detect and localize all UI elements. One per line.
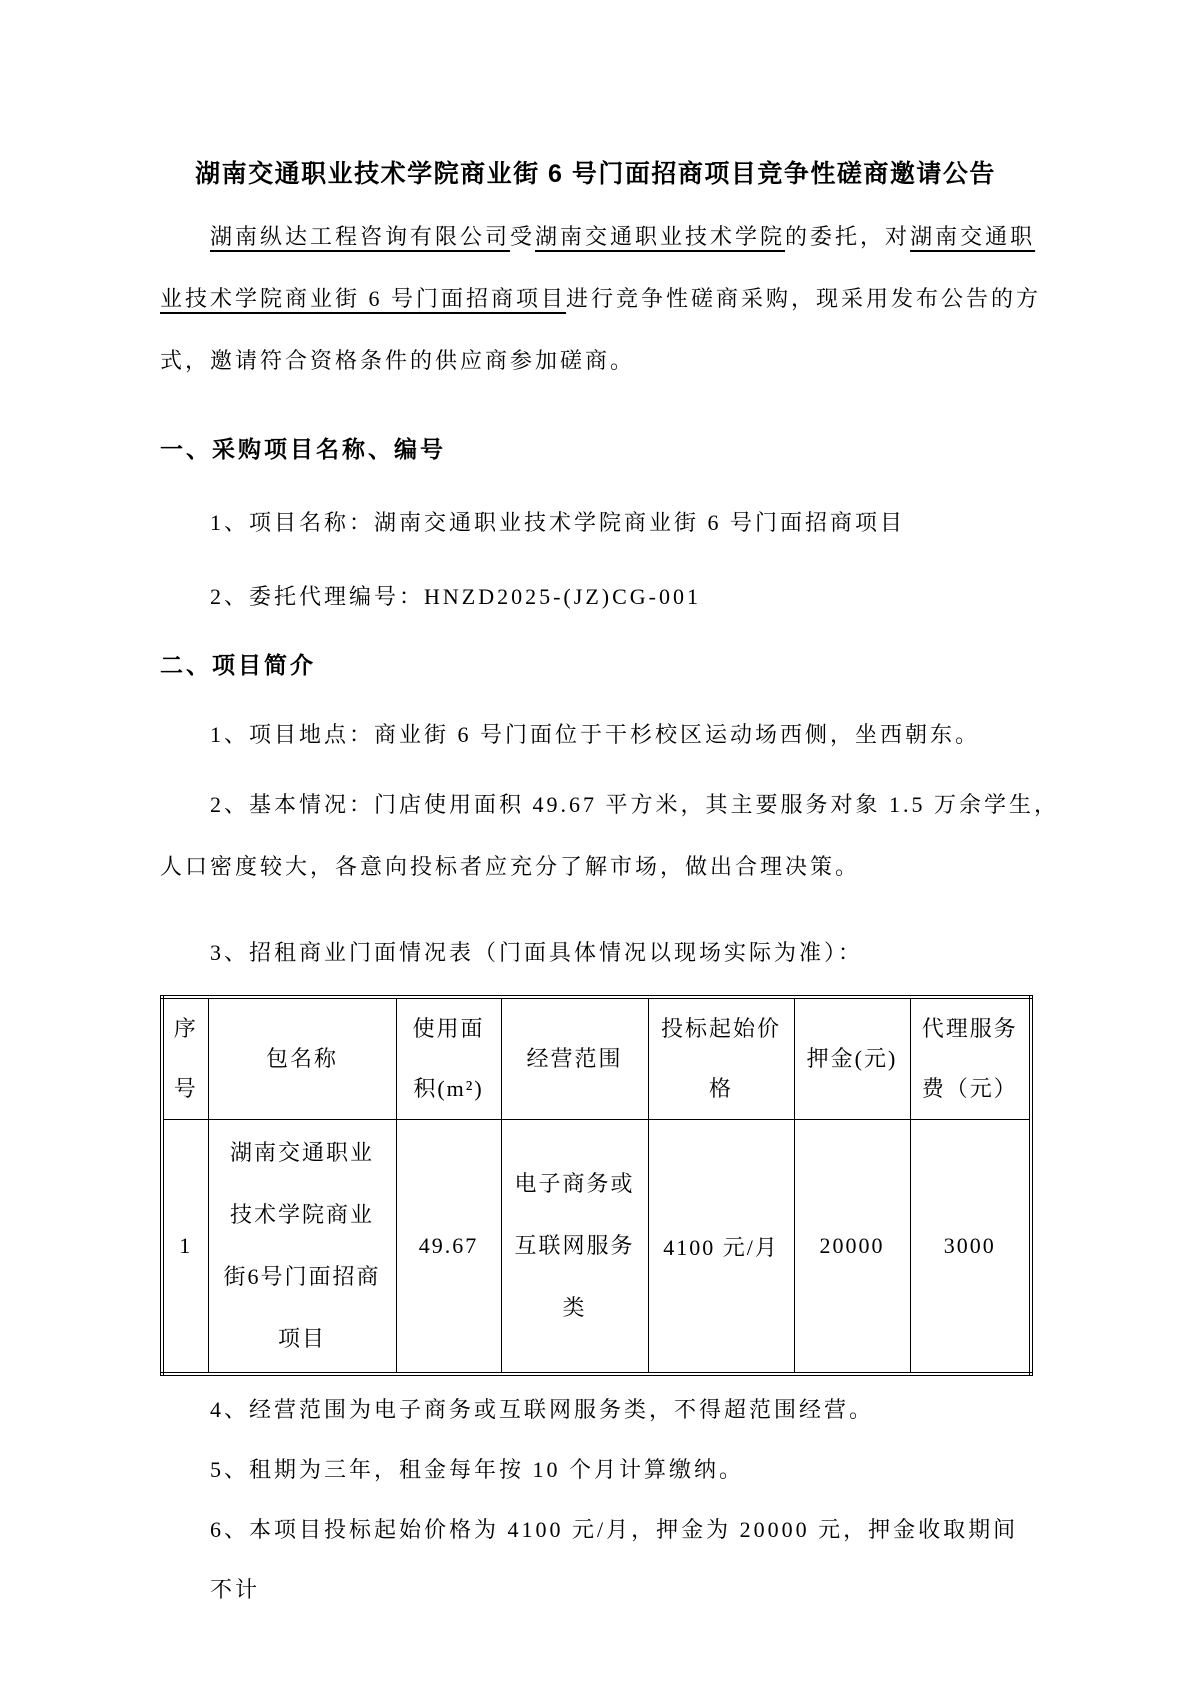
col-header-area: 使用面 积(m²) <box>396 997 501 1120</box>
cell-business-scope: 电子商务或 互联网服务 类 <box>501 1120 648 1375</box>
document-body: 湖南纵达工程咨询有限公司受湖南交通职业技术学院的委托，对湖南交通职 业技术学院商… <box>160 206 1032 1620</box>
note-lease-term: 5、租期为三年，租金每年按 10 个月计算缴纳。 <box>160 1440 1032 1500</box>
underlined-agency-name: 湖南纵达工程咨询有限公司 <box>210 224 510 249</box>
intro-text: 的委托，对 <box>785 224 910 249</box>
col-header-package-name: 包名称 <box>208 997 396 1120</box>
cell-deposit: 20000 <box>794 1120 910 1375</box>
cell-package-name: 湖南交通职业 技术学院商业 街6号门面招商 项目 <box>208 1120 396 1375</box>
intro-text: 式，邀请符合资格条件的供应商参加磋商。 <box>160 348 635 373</box>
cell-seq: 1 <box>162 1120 208 1375</box>
table-row: 1 湖南交通职业 技术学院商业 街6号门面招商 项目 49.67 电子商务或 互… <box>162 1120 1031 1375</box>
intro-line-1: 湖南纵达工程咨询有限公司受湖南交通职业技术学院的委托，对湖南交通职 <box>160 206 1032 268</box>
storefront-table: 序 号 包名称 使用面 积(m²) 经营范围 投标起始价 格 <box>160 995 1033 1376</box>
intro-line-2: 业技术学院商业街 6 号门面招商项目进行竞争性磋商采购，现采用发布公告的方 <box>160 268 1032 330</box>
page-title: 湖南交通职业技术学院商业街 6 号门面招商项目竞争性磋商邀请公告 <box>0 0 1191 192</box>
notes-block: 4、经营范围为电子商务或互联网服务类，不得超范围经营。 5、租期为三年，租金每年… <box>160 1380 1032 1620</box>
list-item-project-name: 1、项目名称：湖南交通职业技术学院商业街 6 号门面招商项目 <box>160 492 1032 554</box>
cell-start-price: 4100 元/月 <box>648 1120 794 1375</box>
list-item-agency-number: 2、委托代理编号：HNZD2025-(JZ)CG-001 <box>160 566 1032 628</box>
intro-paragraph: 湖南纵达工程咨询有限公司受湖南交通职业技术学院的委托，对湖南交通职 业技术学院商… <box>160 206 1032 392</box>
table-caption: 3、招租商业门面情况表（门面具体情况以现场实际为准）： <box>160 922 1032 984</box>
note-business-scope: 4、经营范围为电子商务或互联网服务类，不得超范围经营。 <box>160 1380 1032 1440</box>
section-heading-1: 一、采购项目名称、编号 <box>160 418 1032 480</box>
underlined-project-name-part1: 湖南交通职 <box>910 224 1035 249</box>
cell-agency-fee: 3000 <box>910 1120 1031 1375</box>
table-header-row: 序 号 包名称 使用面 积(m²) 经营范围 投标起始价 格 <box>162 997 1031 1120</box>
list-item-location: 1、项目地点：商业街 6 号门面位于干杉校区运动场西侧，坐西朝东。 <box>160 704 1032 766</box>
document-page: 湖南交通职业技术学院商业街 6 号门面招商项目竞争性磋商邀请公告 湖南纵达工程咨… <box>0 0 1191 1684</box>
underlined-project-name-part2: 业技术学院商业街 6 号门面招商项目 <box>160 286 566 311</box>
note-price-deposit: 6、本项目投标起始价格为 4100 元/月，押金为 20000 元，押金收取期间… <box>160 1500 1032 1620</box>
list-item-basic-info-line1: 2、基本情况：门店使用面积 49.67 平方米，其主要服务对象 1.5 万余学生… <box>160 774 1032 836</box>
intro-text: 进行竞争性磋商采购，现采用发布公告的方 <box>566 286 1041 311</box>
section-heading-2: 二、项目简介 <box>160 634 1032 696</box>
col-header-seq: 序 号 <box>162 997 208 1120</box>
col-header-agency-fee: 代理服务 费（元） <box>910 997 1031 1120</box>
col-header-start-price: 投标起始价 格 <box>648 997 794 1120</box>
underlined-client-name: 湖南交通职业技术学院 <box>535 224 785 249</box>
col-header-business-scope: 经营范围 <box>501 997 648 1120</box>
col-header-deposit: 押金(元) <box>794 997 910 1120</box>
cell-area: 49.67 <box>396 1120 501 1375</box>
list-item-basic-info-line2: 人口密度较大，各意向投标者应充分了解市场，做出合理决策。 <box>160 836 1032 898</box>
intro-text: 受 <box>510 224 535 249</box>
intro-line-3: 式，邀请符合资格条件的供应商参加磋商。 <box>160 330 1032 392</box>
